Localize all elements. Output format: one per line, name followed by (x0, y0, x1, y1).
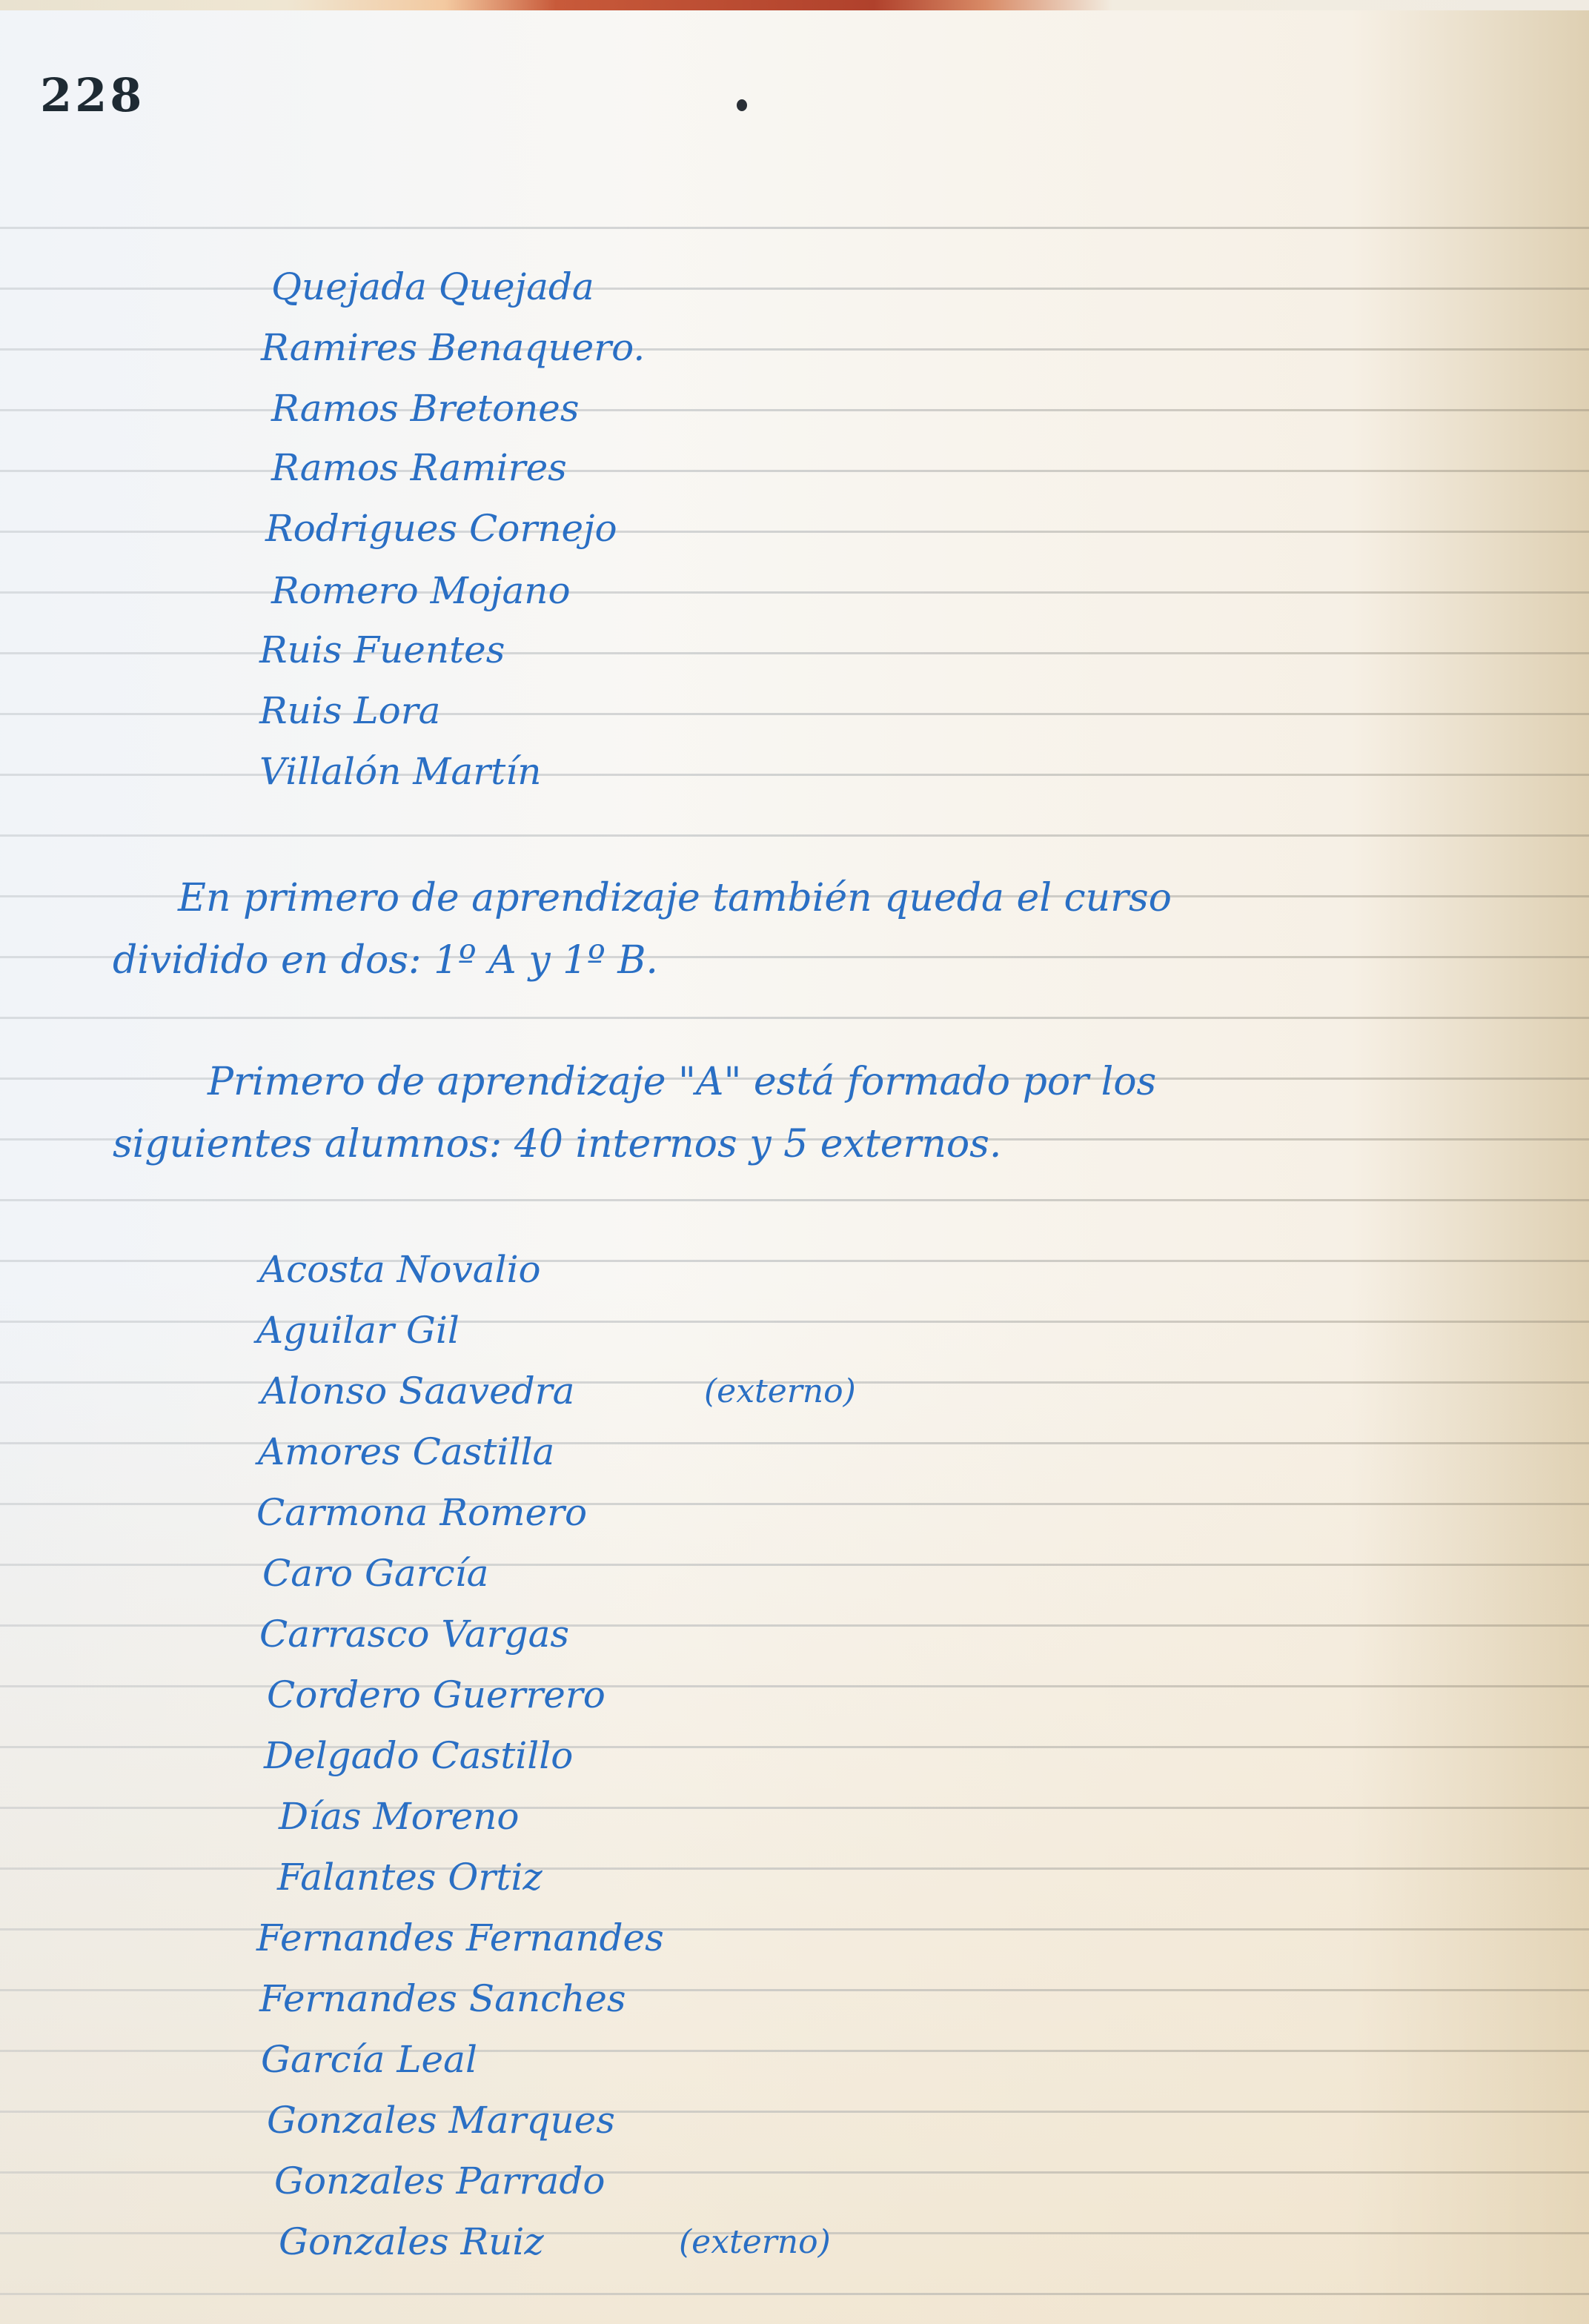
ruled-line (0, 2111, 1589, 2113)
student-name: Acosta Novalio (259, 1251, 541, 1288)
student-name: Cordero Guerrero (267, 1676, 606, 1713)
ruled-line (0, 1564, 1589, 1566)
ruled-line (0, 2050, 1589, 2052)
student-name: Carrasco Vargas (259, 1616, 569, 1653)
student-name: Gonzales Marques (267, 2102, 615, 2139)
ruled-line (0, 713, 1589, 715)
student-note: (externo) (704, 1375, 856, 1408)
ruled-line (0, 1685, 1589, 1687)
student-name: Amores Castilla (258, 1433, 554, 1470)
student-name: Fernandes Sanches (259, 1980, 626, 2017)
ruled-line (0, 409, 1589, 411)
student-name: Carmona Romero (256, 1494, 587, 1531)
ruled-line (0, 470, 1589, 472)
student-name: Días Moreno (279, 1798, 520, 1835)
ruled-line (0, 1503, 1589, 1505)
ruled-line (0, 531, 1589, 533)
ruled-line (0, 1442, 1589, 1444)
student-name: Falantes Ortiz (277, 1859, 543, 1896)
ruled-line (0, 1321, 1589, 1323)
ruled-line (0, 1867, 1589, 1870)
ruled-line (0, 227, 1589, 229)
student-name: Fernandes Fernandes (256, 1919, 664, 1956)
ruled-line (0, 1260, 1589, 1262)
ruled-line (0, 1746, 1589, 1748)
ruled-line (0, 591, 1589, 594)
list-item: Villalón Martín (259, 753, 541, 790)
ink-dot-mark (737, 99, 747, 111)
student-name: Aguilar Gil (256, 1312, 460, 1349)
student-name: Caro García (262, 1555, 488, 1592)
student-note: (externo) (679, 2226, 831, 2259)
ledger-page: 228 Quejada Quejada Ramires Benaquero. R… (0, 0, 1589, 2324)
list-item: Ruis Fuentes (259, 631, 505, 668)
student-name: García Leal (261, 2041, 477, 2078)
list-item: Quejada Quejada (271, 268, 594, 305)
paragraph-line: dividido en dos: 1º A y 1º B. (113, 941, 658, 980)
ruled-line (0, 1989, 1589, 1991)
ruled-line (0, 2171, 1589, 2174)
ruled-line (0, 774, 1589, 776)
ruled-line (0, 1199, 1589, 1201)
student-name: Gonzales Ruiz (279, 2223, 544, 2260)
ruled-line (0, 1624, 1589, 1627)
page-number: 228 (40, 68, 145, 122)
ruled-line (0, 348, 1589, 351)
ruled-line (0, 1017, 1589, 1019)
paragraph-line: En primero de aprendizaje también queda … (178, 879, 1172, 917)
list-item: Romero Mojano (271, 572, 571, 609)
ruled-line (0, 652, 1589, 654)
page-top-edge (0, 0, 1589, 10)
paragraph-line: Primero de aprendizaje "A" está formado … (208, 1063, 1156, 1101)
ruled-line (0, 2293, 1589, 2295)
ruled-line (0, 288, 1589, 290)
student-name: Alonso Saavedra (261, 1372, 575, 1410)
list-item: Ramos Bretones (271, 390, 580, 427)
student-name: Delgado Castillo (264, 1737, 573, 1774)
paragraph-line: siguientes alumnos: 40 internos y 5 exte… (113, 1125, 1001, 1163)
ruled-line (0, 1807, 1589, 1809)
student-name: Gonzales Parrado (274, 2162, 605, 2199)
list-item: Ramires Benaquero. (261, 329, 645, 366)
list-item: Ramos Ramires (271, 449, 567, 486)
list-item: Ruis Lora (259, 692, 440, 729)
list-item: Rodrigues Cornejo (265, 510, 617, 547)
ruled-line (0, 834, 1589, 837)
ruled-line (0, 1928, 1589, 1930)
